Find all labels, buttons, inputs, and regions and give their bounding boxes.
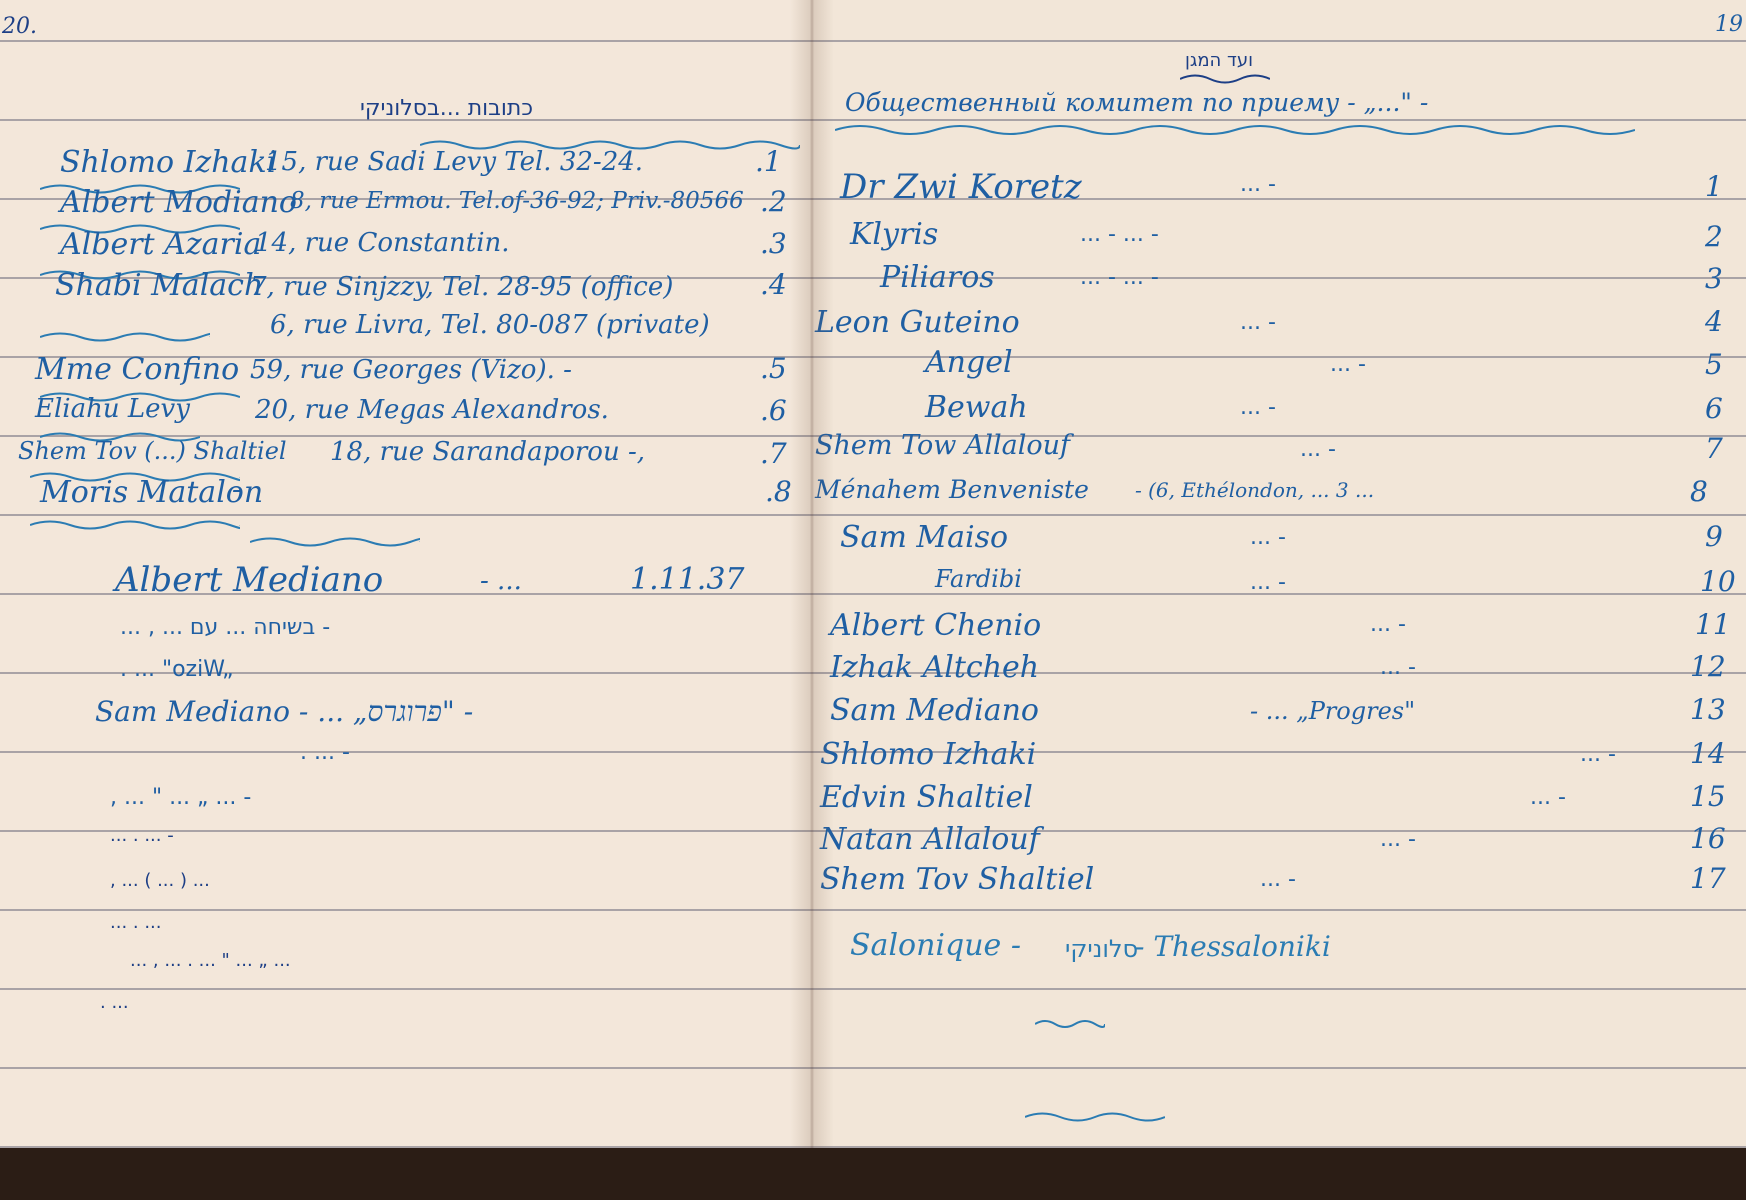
member-role: - ... „Progres" (1250, 697, 1415, 725)
member-role: - (6, Ethélondon, ... 3 ... (1135, 478, 1374, 502)
member-index: 1 (1705, 170, 1723, 203)
member-role: - ... (1250, 525, 1286, 550)
note-line: - בשיחה ... עם ... , ... (120, 615, 330, 640)
entry-name: Albert Modiano (60, 185, 297, 220)
entry-name: Shabi Malach (55, 268, 263, 303)
entry-index: .5 (760, 352, 787, 385)
member-name: Izhak Altcheh (830, 650, 1039, 685)
member-name: Sam Mediano (830, 693, 1039, 728)
right-heading-top: ועד המגן (1185, 50, 1253, 71)
note-line: ... . (100, 992, 129, 1013)
member-index: 15 (1690, 780, 1726, 813)
member-name: Fardibi (935, 565, 1022, 593)
entry-index: .2 (760, 185, 787, 218)
left-page: 20. כתובות ...בסלוניקי Shlomo Izhaki 15,… (0, 0, 810, 1192)
entry-index: .6 (760, 394, 787, 427)
entry-index: .4 (760, 268, 787, 301)
page-number-right: 19 (1715, 12, 1743, 37)
entry-name: Eliahu Levy (35, 394, 190, 424)
heading-top-underline (1180, 72, 1270, 86)
member-index: 13 (1690, 693, 1726, 726)
member-name: Shlomo Izhaki (820, 737, 1036, 772)
note-title: Albert Mediano (115, 560, 383, 600)
note-line: - ... . (300, 740, 350, 765)
member-index: 7 (1705, 432, 1723, 465)
note-line: - ... . ... (110, 825, 174, 846)
member-role: - ... (1580, 742, 1616, 767)
right-heading-underline (835, 122, 1635, 138)
member-name: Dr Zwi Koretz (840, 167, 1082, 207)
entry-name: Shlomo Izhaki (60, 145, 276, 180)
member-index: 10 (1700, 565, 1736, 598)
entry-name: Shem Tov (...) Shaltiel (18, 437, 287, 465)
entry-name: Albert Azaria (60, 227, 261, 262)
member-name: Shem Tow Allalouf (815, 430, 1070, 461)
note-line: Sam Mediano - ... „פרוגרס" - (95, 695, 473, 729)
name-underline (30, 518, 240, 532)
book-cover-edge (0, 1148, 1746, 1200)
note-decoration (250, 535, 420, 549)
member-role: - ... (1240, 395, 1276, 420)
member-name: Natan Allalouf (820, 822, 1040, 857)
entry-name: Mme Confino (35, 352, 239, 387)
note-line: ... . ... (110, 912, 162, 933)
city-name-french: Salonique - (850, 928, 1021, 963)
member-role: - ... (1370, 612, 1406, 637)
member-role: - ... (1380, 827, 1416, 852)
entry-index: .7 (760, 437, 787, 470)
city-name-hebrew: סלוניקי (1065, 935, 1138, 963)
member-name: Albert Chenio (830, 608, 1041, 643)
note-title-suffix: - ... (480, 566, 522, 596)
entry-address: 8, rue Ermou. Tel.of-36-92; Priv.-80566 (290, 188, 744, 214)
note-line: „Wizo" ... . (120, 657, 234, 682)
left-heading: כתובות ...בסלוניקי (360, 96, 533, 121)
footer-underline (1025, 1110, 1165, 1124)
member-index: 12 (1690, 650, 1726, 683)
entry-address: - (232, 475, 241, 505)
member-role: - ... (1240, 172, 1276, 197)
page-number-left: 20. (2, 14, 37, 39)
member-name: Piliaros (880, 260, 995, 295)
entry-address: 15, rue Sadi Levy Tel. 32-24. (265, 147, 643, 177)
member-role: - ... (1300, 437, 1336, 462)
member-index: 14 (1690, 737, 1726, 770)
entry-index: .8 (765, 475, 792, 508)
member-index: 16 (1690, 822, 1726, 855)
member-role: - ... (1530, 785, 1566, 810)
note-line: - ... „ ... " ... , (110, 785, 251, 810)
entry-address: 59, rue Georges (Vizo). - (250, 355, 572, 385)
right-heading: Общественный комитет по приему - „..." - (845, 88, 1428, 117)
entry-address: 14, rue Constantin. (255, 228, 510, 258)
notebook-spread: 20. כתובות ...בסלוניקי Shlomo Izhaki 15,… (0, 0, 1746, 1192)
member-name: Angel (925, 345, 1013, 380)
member-name: Leon Guteino (815, 305, 1020, 340)
entry-address-secondary: 6, rue Livra, Tel. 80-087 (private) (270, 310, 710, 340)
entry-address: 20, rue Megas Alexandros. (255, 395, 609, 425)
note-date: 1.11.37 (630, 562, 745, 597)
member-role: - ... (1260, 867, 1296, 892)
entry-index: .3 (760, 227, 787, 260)
member-name: Bewah (925, 390, 1028, 425)
member-index: 3 (1705, 262, 1723, 295)
member-index: 11 (1695, 608, 1731, 641)
member-role: - ... (1250, 570, 1286, 595)
note-line: ... „ ... " ... . ... , ... (130, 950, 291, 971)
member-index: 17 (1690, 862, 1726, 895)
member-index: 8 (1690, 475, 1708, 508)
member-role: - ... (1240, 310, 1276, 335)
member-role: - ... - ... (1080, 265, 1159, 290)
member-role: - ... (1380, 655, 1416, 680)
member-role: - ... - ... (1080, 222, 1159, 247)
entry-address: 18, rue Sarandaporou -, (330, 437, 645, 467)
entry-name: Moris Matalon (40, 475, 263, 510)
member-name: Ménahem Benveniste (815, 475, 1089, 504)
member-index: 9 (1705, 520, 1723, 553)
member-index: 5 (1705, 348, 1723, 381)
member-index: 4 (1705, 305, 1723, 338)
member-name: Sam Maiso (840, 520, 1008, 555)
member-index: 6 (1705, 392, 1723, 425)
member-name: Shem Tov Shaltiel (820, 862, 1094, 897)
note-line: ... ( ... ) ... , (110, 870, 210, 891)
member-index: 2 (1705, 220, 1723, 253)
footer-decoration (1035, 1018, 1105, 1030)
right-page: 19 ועד המגן Общественный комитет по прие… (810, 0, 1746, 1192)
city-name-greek: - Thessaloniki (1135, 930, 1331, 963)
member-name: Edvin Shaltiel (820, 780, 1033, 815)
member-role: - ... (1330, 352, 1366, 377)
book-gutter (790, 0, 834, 1192)
entry-index: .1 (755, 145, 782, 178)
member-name: Klyris (850, 217, 938, 252)
name-underline (40, 330, 210, 344)
entry-address: 7, rue Sinjzzy, Tel. 28-95 (office) (250, 272, 673, 302)
